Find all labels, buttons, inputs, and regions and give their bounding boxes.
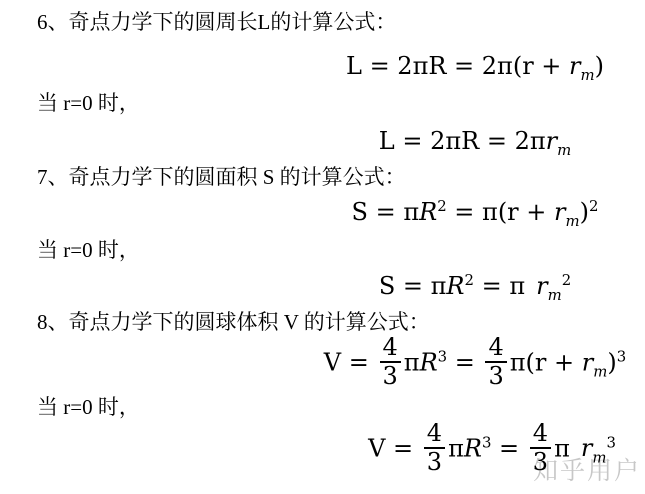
fraction-numerator: 4 [380, 335, 401, 363]
superscript-3: 3 [438, 348, 447, 366]
formula-text: ) [607, 349, 616, 377]
formula-text: = [491, 434, 526, 462]
formula-text: ) [580, 198, 589, 226]
section-6-heading: 6、奇点力学下的圆周长L的计算公式： [0, 0, 645, 36]
subscript-m: m [557, 141, 571, 159]
formula-text: S = π [379, 272, 447, 300]
pi-symbol: π [448, 434, 464, 462]
variable-r-m: r [569, 52, 580, 80]
formula-text: = π [474, 272, 525, 300]
formula-text: V = [324, 349, 377, 377]
section-8-heading: 8、奇点力学下的圆球体积 V 的计算公式： [0, 309, 645, 336]
formula-text: S = π [352, 198, 420, 226]
variable-r-m: r [536, 272, 547, 300]
formula-volume-general: V = 43πR3 = 43π(r + rm)3 [305, 337, 645, 391]
variable-r-m: r [582, 349, 593, 377]
variable-r-m: r [546, 127, 557, 155]
superscript-2: 2 [437, 197, 446, 215]
superscript-3: 3 [606, 433, 615, 451]
variable-r-m: r [554, 198, 565, 226]
fraction-denominator: 3 [485, 363, 506, 389]
variable-R: R [419, 198, 437, 226]
condition-r-equals-0: 当 r=0 时， [0, 237, 645, 264]
superscript-3: 3 [617, 348, 626, 366]
subscript-m: m [593, 362, 607, 380]
fraction-numerator: 4 [530, 421, 551, 449]
variable-R: R [420, 349, 438, 377]
formula-area-general: S = πR2 = π(r + rm)2 [305, 194, 645, 232]
condition-r-equals-0: 当 r=0 时， [0, 394, 645, 421]
document-page: 6、奇点力学下的圆周长L的计算公式： L = 2πR = 2π(r + rm) … [0, 0, 645, 494]
formula-area-reduced: S = πR2 = πrm2 [305, 268, 645, 306]
formula-text: ) [595, 52, 604, 80]
condition-r-equals-0: 当 r=0 时， [0, 90, 645, 117]
subscript-m: m [566, 212, 580, 230]
formula-text: L = 2πR = 2π(r + [346, 52, 569, 80]
superscript-2: 2 [465, 271, 474, 289]
superscript-2: 2 [589, 197, 598, 215]
formula-circumference-general: L = 2πR = 2π(r + rm) [305, 48, 645, 86]
fraction-denominator: 3 [424, 449, 445, 475]
formula-text: L = 2πR = 2π [379, 127, 546, 155]
variable-R: R [464, 434, 482, 462]
zhihu-user-watermark: 知乎用户 [533, 451, 641, 487]
section-7-heading: 7、奇点力学下的圆面积 S 的计算公式： [0, 164, 645, 191]
fraction-denominator: 3 [380, 363, 401, 389]
formula-circumference-reduced: L = 2πR = 2πrm [305, 123, 645, 161]
fraction-four-thirds: 43 [485, 335, 506, 389]
subscript-m: m [548, 285, 562, 303]
formula-text: = π(r + [447, 198, 554, 226]
variable-R: R [446, 272, 464, 300]
subscript-m: m [581, 66, 595, 84]
pi-symbol: π [404, 349, 420, 377]
fraction-numerator: 4 [485, 335, 506, 363]
fraction-numerator: 4 [424, 421, 445, 449]
formula-text: V = [368, 434, 421, 462]
fraction-four-thirds: 43 [380, 335, 401, 389]
formula-text: = [447, 349, 482, 377]
fraction-four-thirds: 43 [424, 421, 445, 475]
formula-text: π(r + [510, 349, 582, 377]
superscript-3: 3 [482, 433, 491, 451]
superscript-2: 2 [562, 271, 571, 289]
